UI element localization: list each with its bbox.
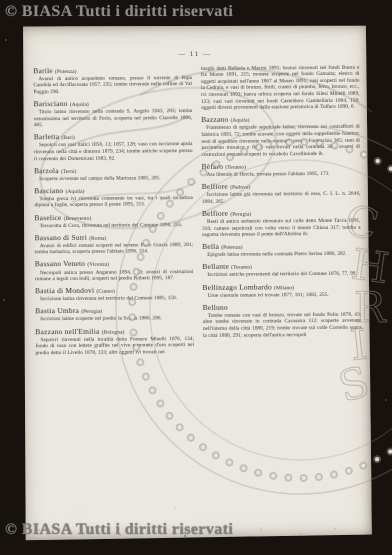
dictionary-entry: Bazzano (Aquila)Frammento di epigrafe se… bbox=[201, 115, 360, 158]
dictionary-entry: Belluno Tombe romane con vasi di bronzo,… bbox=[203, 302, 362, 339]
dictionary-entry: Bella (Potenza)Epigrafe latina rinvenuta… bbox=[202, 242, 361, 259]
entry-province: (Aquila) bbox=[231, 118, 250, 124]
entry-province: (Teramo) bbox=[225, 165, 246, 171]
entry-body: Avanzi di antico acquedotto romano, pres… bbox=[33, 75, 192, 96]
dictionary-entry: Barile (Potenza)Avanzi di antico acquedo… bbox=[33, 66, 192, 96]
entry-province: (Potenza) bbox=[221, 245, 242, 251]
left-column: Barile (Potenza)Avanzi di antico acquedo… bbox=[33, 61, 194, 357]
entry-headword: Baselice bbox=[34, 213, 61, 222]
entry-body: Necropoli antica presso Angarano 1894, 1… bbox=[35, 269, 194, 283]
entry-headword: Barzola bbox=[34, 166, 59, 175]
entry-body: Ara liberale di Hercla, trovata presso l… bbox=[202, 171, 361, 179]
entry-body: Iscrizioni latine scoperte nel predio la… bbox=[35, 315, 194, 323]
entry-headword: Bellante bbox=[202, 262, 229, 271]
entry-headword: Bèfaro bbox=[202, 162, 224, 171]
entry-body: Avanzi di edifici romani scoperti nel te… bbox=[35, 242, 194, 256]
entry-headword: Bazzano bbox=[201, 115, 228, 124]
entry-body: Urne cinerarie romane ivi trovate 1877, … bbox=[203, 291, 362, 299]
dictionary-entry: Bazzano nell'Emilia (Bologna)Sepolcri ri… bbox=[35, 327, 194, 357]
entry-province: (Aquila) bbox=[70, 102, 89, 108]
entry-province: (Perugia) bbox=[230, 211, 251, 217]
entry-headword: Belfiore bbox=[202, 182, 228, 191]
entry-headword: Bastia Umbra bbox=[35, 306, 79, 315]
dictionary-entry: Bellante (Teramo)Iscrizioni antiche prov… bbox=[202, 262, 361, 279]
entry-body: Frammento di epigrafe sepolcrale latina,… bbox=[201, 124, 360, 158]
entry-headword: Bazzano nell'Emilia bbox=[35, 326, 99, 336]
dictionary-entry: Barzola (Terni)Scoperte avvenute nel cam… bbox=[34, 166, 193, 183]
entry-body: Epigrafe latina rinvenuta nella contrada… bbox=[202, 251, 361, 259]
entry-headword: Barletta bbox=[34, 132, 59, 141]
watermark-bottom: © BIASA Tutti i diritti riservati bbox=[5, 521, 233, 539]
entry-headword: Bassano Veneto bbox=[35, 259, 85, 268]
entry-body: Iscrizione latina già rinvenuta nel terr… bbox=[202, 191, 361, 205]
dictionary-entry: Bellinzago Lombardo (Milano)Urne cinerar… bbox=[203, 282, 362, 299]
continuation-paragraph: luoghi detti Bellaria e Macini 1891; bro… bbox=[201, 64, 360, 112]
scanned-page: — 11 — Barile (Potenza)Avanzi di antico … bbox=[21, 24, 372, 543]
entry-headword: Barile bbox=[33, 66, 53, 75]
entry-body: Tomba greca ivi rinvenuta contenente tre… bbox=[34, 195, 193, 209]
entry-body: luoghi detti Bellaria e Macini 1891; bro… bbox=[201, 64, 360, 112]
entry-body: Sepolcri rinvenuti nella località detta … bbox=[35, 336, 194, 357]
dictionary-entry: Barisciano (Aquila)Titolo latino rinvenu… bbox=[34, 99, 193, 129]
right-column: luoghi detti Bellaria e Macini 1891; bro… bbox=[201, 60, 362, 356]
entry-headword: Bastia di Mondovì bbox=[35, 286, 94, 295]
entry-body: Iscrizioni antiche provenienti dal terri… bbox=[202, 271, 361, 279]
dictionary-entry: Belfiore (Padova)Iscrizione latina già r… bbox=[202, 182, 361, 206]
entry-headword: Belfiore bbox=[202, 209, 228, 218]
entry-province: (Benevento) bbox=[64, 215, 92, 221]
entry-province: (Teramo) bbox=[231, 265, 252, 271]
dictionary-entry: Barletta (Bari)Sepolcri con vasi italici… bbox=[34, 132, 193, 162]
entry-headword: Barisciano bbox=[34, 99, 68, 108]
entry-headword: Basciano bbox=[34, 186, 63, 195]
entry-province: (Padova) bbox=[230, 185, 250, 191]
dictionary-entry: Belfiore (Perugia)Resti di antico serbat… bbox=[202, 209, 361, 239]
dictionary-entry: Basciano (Aquila)Tomba greca ivi rinvenu… bbox=[34, 186, 193, 210]
dictionary-entry: Bastia Umbra (Perugia)Iscrizioni latine … bbox=[35, 306, 194, 323]
entry-body: Sepolcri con vasi italici 1856, 13; 1857… bbox=[34, 141, 193, 162]
watermark-top: © BIASA Tutti i diritti riservati bbox=[5, 3, 233, 21]
entry-body: Titolo latino rinvenuto nella contrada S… bbox=[34, 108, 193, 129]
entry-province: (Potenza) bbox=[55, 68, 76, 74]
entry-province: (Vicenza) bbox=[87, 262, 109, 268]
entry-body: Terracotta di Cora, rinvenuta nel territ… bbox=[35, 222, 194, 230]
entry-body: Iscrizione latina rinvenuta nel territor… bbox=[35, 295, 194, 303]
entry-headword: Belluno bbox=[203, 302, 228, 311]
dictionary-entry: Bassano Veneto (Vicenza)Necropoli antica… bbox=[35, 260, 194, 284]
entry-province: (Milano) bbox=[274, 285, 294, 291]
entry-body: Resti di antico serbatoio rinvenuto sul … bbox=[202, 218, 361, 239]
entry-province: (Bari) bbox=[61, 135, 74, 141]
dictionary-entry: Baselice (Benevento)Terracotta di Cora, … bbox=[34, 213, 193, 230]
dictionary-entry: Bastia di Mondovì (Cuneo)Iscrizione lati… bbox=[35, 286, 194, 303]
entry-province: (Cuneo) bbox=[96, 289, 114, 295]
text-columns: Barile (Potenza)Avanzi di antico acquedo… bbox=[21, 57, 370, 357]
entry-province: (Terni) bbox=[61, 169, 76, 175]
entry-headword: Bellinzago Lombardo bbox=[202, 282, 271, 292]
entry-province: (Bologna) bbox=[102, 329, 125, 335]
entry-body: Scoperte avvenute nel campo della Marioz… bbox=[34, 175, 193, 183]
entry-province: (Aquila) bbox=[65, 189, 84, 195]
entry-province: (Perugia) bbox=[81, 309, 102, 315]
entry-body: Tombe romane con vasi di bronzo, trovate… bbox=[203, 311, 362, 339]
entry-headword: Bassano di Sutri bbox=[35, 233, 88, 242]
dictionary-entry: Bèfaro (Teramo)Ara liberale di Hercla, t… bbox=[202, 162, 361, 179]
dictionary-entry: Bassano di Sutri (Roma)Avanzi di edifici… bbox=[35, 233, 194, 257]
entry-headword: Bella bbox=[202, 242, 219, 251]
entry-province: (Roma) bbox=[89, 235, 106, 241]
